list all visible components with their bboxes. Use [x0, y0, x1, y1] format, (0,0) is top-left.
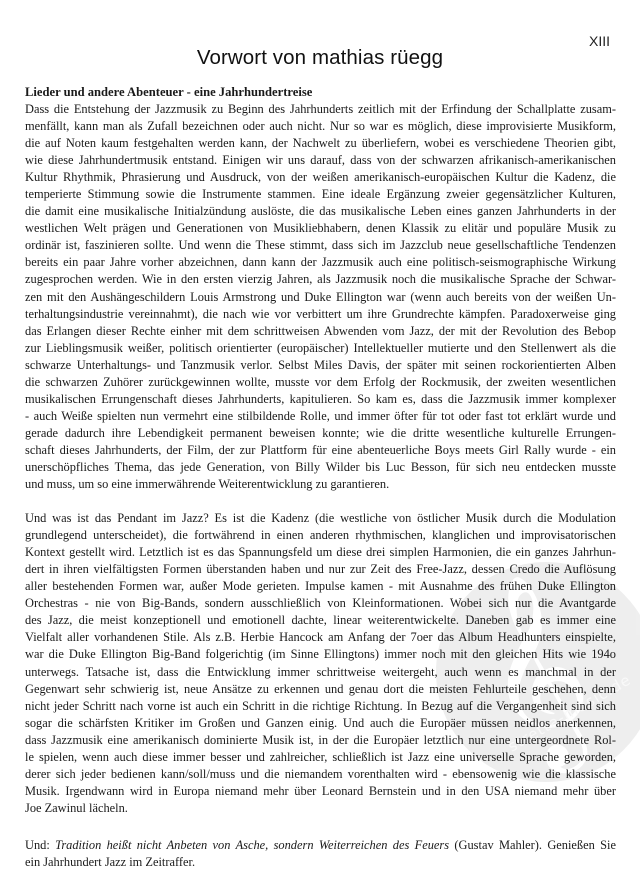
text-line: ordinär ist, faszinieren sollte. Und wen…: [25, 237, 616, 254]
text-line: dert in ihren vielfältigsten Formen über…: [25, 561, 616, 578]
text-line: temperierte Stimmung sowie die Instrumen…: [25, 186, 616, 203]
text-line: zen mit den Aushängeschildern Louis Arms…: [25, 289, 616, 306]
section-heading: Lieder und andere Abenteuer - eine Jahrh…: [25, 84, 616, 101]
text-line: war die Duke Ellington Big-Band folgeric…: [25, 646, 616, 663]
text-line: grundlegend unterscheidet), die fortwähr…: [25, 527, 616, 544]
text-line: le spielen, wenn auch diese immer besser…: [25, 749, 616, 766]
text-line: nicht jeder Schritt nach vorne ist auch …: [25, 698, 616, 715]
text-line: aller bestehenden Formen war, außer Mode…: [25, 578, 616, 595]
text-line: des Jazz, die meist konzeptionell und em…: [25, 612, 616, 629]
closing-attribution: (Gustav Mahler). Genießen Sie: [449, 838, 616, 852]
text-line: Musik. Irgendwann wird in Europa niemand…: [25, 783, 616, 800]
text-line: terhaltungsindustrie vereinnahmt), die n…: [25, 306, 616, 323]
page-title: Vorwort von mathias rüegg: [0, 46, 640, 70]
text-line: die auf Noten kaum festgehalten werden k…: [25, 135, 616, 152]
text-line: menfällt, kann man als Zufall bezeichnen…: [25, 118, 616, 135]
text-line: Joe Zawinul lächeln.: [25, 800, 616, 817]
text-line: derer sich jeder bedienen kann/soll/muss…: [25, 766, 616, 783]
text-line: dass Jazzmusik eine amerikanisch dominie…: [25, 732, 616, 749]
text-line: die schwarzen Zuhörer zurückgewinnen wol…: [25, 374, 616, 391]
text-line: Kontext gestellt wird. Letztlich ist es …: [25, 544, 616, 561]
text-line: bereits ein paar Jahre vorher abzeichnen…: [25, 254, 616, 271]
document-body: Lieder und andere Abenteuer - eine Jahrh…: [25, 84, 616, 871]
text-line: und muss, um so eine immerwährende Weite…: [25, 476, 616, 493]
text-line: sogar die schärfsten Kritiker im Großen …: [25, 715, 616, 732]
text-line: zur Lieblingsmusik weißer, politisch ori…: [25, 340, 616, 357]
mahler-quote: Tradition heißt nicht Anbeten von Asche,…: [55, 838, 449, 852]
text-line: das Erlangen dieser Rechte einher mit de…: [25, 323, 616, 340]
closing-paragraph: Und: Tradition heißt nicht Anbeten von A…: [25, 837, 616, 871]
text-line: zugesprochen werden. Wie in den ersten v…: [25, 271, 616, 288]
paragraph-1: Dass die Entstehung der Jazzmusik zu Beg…: [25, 101, 616, 493]
text-line: Kultur Rhythmik, Phrasierung und Ausdruc…: [25, 169, 616, 186]
text-line: - auch Weiße spielten nun vermehrt eine …: [25, 408, 616, 425]
text-line: unterwegs. Tatsache ist, dass die Entwic…: [25, 664, 616, 681]
text-line: Orchestras - nie von Big-Bands, sondern …: [25, 595, 616, 612]
text-line: unerschöpfliches Thema, das jede Generat…: [25, 459, 616, 476]
closing-line-2: ein Jahrhundert Jazz im Zeitraffer.: [25, 854, 616, 871]
text-line: Vielfalt aller vorhandenen Stile. Als z.…: [25, 629, 616, 646]
text-line: wie diese Jahrhundertmusik entstand. Ein…: [25, 152, 616, 169]
paragraph-2: Und was ist das Pendant im Jazz? Es ist …: [25, 510, 616, 817]
text-line: westlichen Welt prägen und Generationen …: [25, 220, 616, 237]
text-line: die damit eine musikalische Initialzündu…: [25, 203, 616, 220]
text-line: Und was ist das Pendant im Jazz? Es ist …: [25, 510, 616, 527]
text-line: schwarze Unterhaltungs- und Tanzmusik ve…: [25, 357, 616, 374]
text-line: gerade dadurch ihre Lebendigkeit permane…: [25, 425, 616, 442]
text-line: Gegenwart sehr schwierig ist, neue Ansät…: [25, 681, 616, 698]
text-line: schaft dieses Jahrhunderts, der Film, de…: [25, 442, 616, 459]
text-line: Dass die Entstehung der Jazzmusik zu Beg…: [25, 101, 616, 118]
closing-prefix: Und:: [25, 838, 55, 852]
text-line: musikalischen Errungenschaft dieses Jahr…: [25, 391, 616, 408]
